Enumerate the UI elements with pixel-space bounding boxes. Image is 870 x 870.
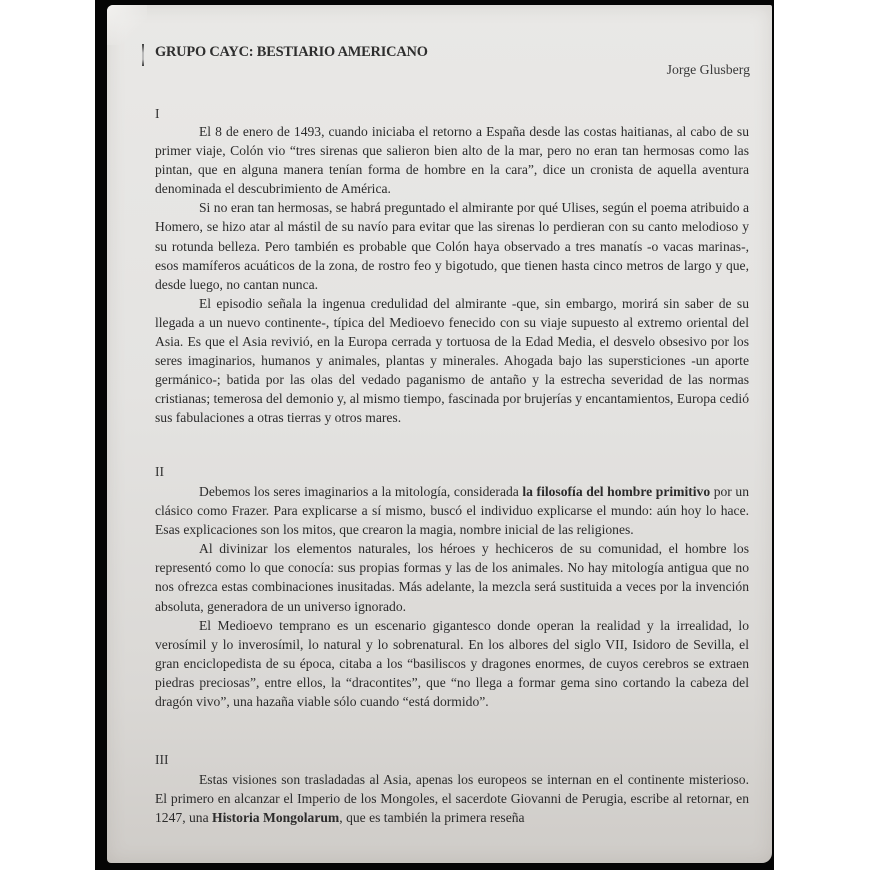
paragraph: El 8 de enero de 1493, cuando iniciaba e… [155, 122, 749, 198]
paragraph: Debemos los seres imaginarios a la mitol… [155, 482, 749, 539]
bold-phrase: Historia Mongolarum [212, 810, 339, 825]
margin-mark [142, 44, 144, 66]
section-2: Debemos los seres imaginarios a la mitol… [155, 482, 749, 711]
paragraph: El Medioevo temprano es un escenario gig… [155, 616, 749, 711]
document-title: GRUPO CAYC: BESTIARIO AMERICANO [155, 44, 428, 61]
section-number-1: I [155, 106, 160, 122]
bold-phrase: la filosofía del hombre primitivo [522, 484, 710, 499]
text-run: Debemos los seres imaginarios a la mitol… [199, 484, 522, 499]
text-run: , que es también la primera reseña [339, 810, 524, 825]
paragraph: Estas visiones son trasladadas al Asia, … [155, 770, 749, 827]
section-3: Estas visiones son trasladadas al Asia, … [155, 770, 749, 827]
section-number-3: III [155, 752, 169, 768]
document-author: Jorge Glusberg [667, 62, 750, 78]
section-1: El 8 de enero de 1493, cuando iniciaba e… [155, 122, 749, 428]
paragraph: Al divinizar los elementos naturales, lo… [155, 539, 749, 615]
paragraph: Si no eran tan hermosas, se habrá pregun… [155, 198, 749, 293]
paragraph: El episodio señala la ingenua credulidad… [155, 294, 749, 428]
section-number-2: II [155, 464, 164, 480]
